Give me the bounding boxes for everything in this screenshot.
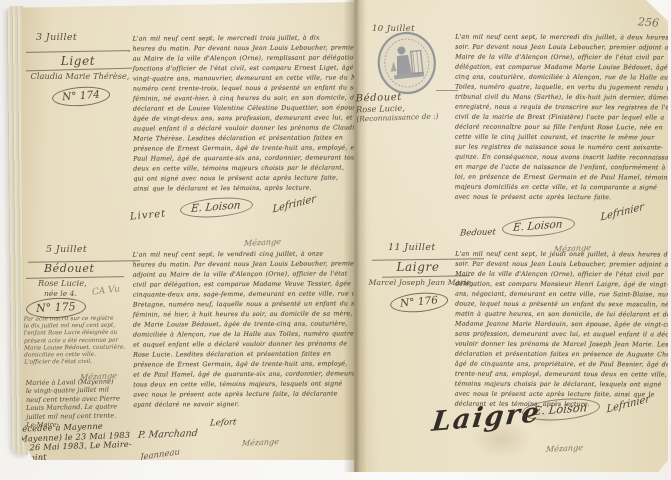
- entry1-signature: E. Loison: [180, 195, 253, 217]
- entry1-below-note: Livret: [130, 208, 167, 222]
- entry1-signature: E. Loison: [502, 214, 575, 236]
- entry1-signature: Lefrinier: [272, 192, 317, 211]
- entry2-margin-name: Laigre: [368, 260, 468, 274]
- death-note-signature: Jeanneau: [140, 442, 180, 461]
- handwritten-line: ainsi que le déclarant et les témoins, a…: [133, 183, 353, 194]
- entry1-margin-given-names: Claudia Marie Thérèse,: [18, 71, 142, 81]
- entry2-act-number: N° 176: [389, 288, 449, 315]
- right-page: 256 10 Juillet Bédouet Rose Lucie, (Reco…: [354, 0, 668, 472]
- entry1-margin-name: Liget: [22, 54, 134, 68]
- entry2-signature: Lefort: [210, 410, 236, 429]
- entry1-margin-name-block: Bédouet Rose Lucie, (Reconnaissance de :…: [356, 91, 439, 124]
- entry1-margin-act-type: (Reconnaissance de :): [356, 112, 438, 124]
- entry2-margin-date: 11 Juillet: [388, 242, 436, 253]
- entry1-margin-date: 3 Juillet: [36, 32, 77, 43]
- entry2-signature: Lefrinier: [606, 392, 651, 411]
- scanned-register-photo: 3 Juillet Liget Claudia Marie Thérèse, N…: [0, 0, 671, 480]
- handwritten-line: ayant déclaré ne savoir signer.: [133, 399, 353, 410]
- entry1-act-body-text: L'an mil neuf cent sept, le mercredi tro…: [133, 33, 354, 194]
- handwritten-line: qui ont signé avec nous le présent acte …: [133, 173, 353, 184]
- entry1-act-body-text: L'an mil neuf cent sept, le mercredi dix…: [455, 33, 668, 204]
- entry1-signature: Lefrinier: [600, 200, 645, 219]
- entry2-margin-given-names: Rose Lucie,: [38, 278, 87, 288]
- entry1-signature: Mézange: [244, 230, 281, 249]
- left-page: 3 Juillet Liget Claudia Marie Thérèse, N…: [22, 2, 356, 460]
- underline-rule: [26, 50, 130, 53]
- entry1-act-number: N° 174: [51, 82, 110, 108]
- entry2-margin-name: Bédouet: [44, 262, 94, 275]
- entry2-signature: Mézange: [242, 430, 279, 449]
- entry1-signature: Bedouet: [460, 220, 496, 239]
- entry2-marginal-mention: Par acte inscrit sur ce registrele dix j…: [24, 315, 139, 367]
- entry2-signature: Mézange: [546, 436, 583, 455]
- entry2-signature: E. Loison: [522, 398, 600, 420]
- entry2-act-body-text: L'an mil neuf cent sept, le vendredi cin…: [133, 249, 354, 410]
- entry2-pencil-note: CA Vu: [91, 284, 120, 297]
- handwritten-line: avec nous le présent acte après lecture …: [133, 389, 353, 400]
- entry2-act-body-text: L'an mil neuf cent sept, le jeudi onze j…: [455, 250, 668, 411]
- entry2-margin-date: 5 Juillet: [46, 244, 87, 255]
- folio-number: 256: [638, 15, 660, 29]
